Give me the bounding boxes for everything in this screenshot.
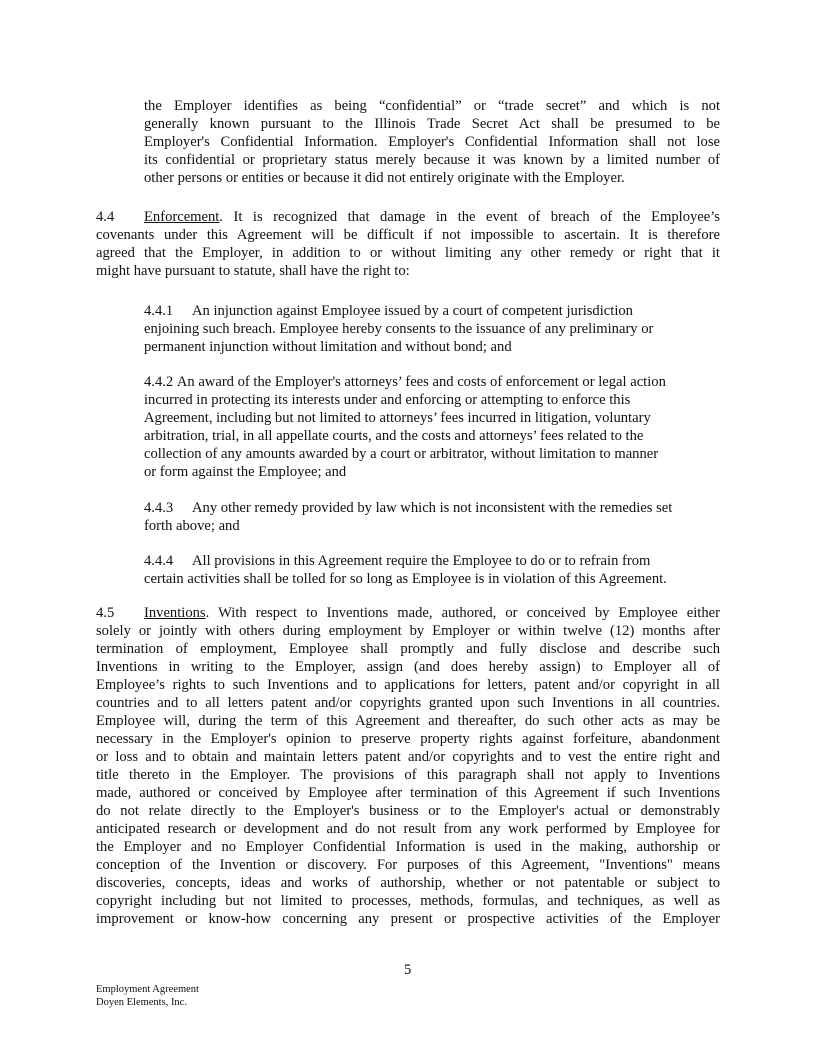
text-line: termination of employment, Employee shal…: [96, 640, 720, 658]
section-4-5-inventions: 4.5 Inventions . With respect to Inventi…: [96, 604, 720, 928]
text-line: certain activities shall be tolled for s…: [144, 570, 724, 588]
text-line: Employee’s rights to such Inventions and…: [96, 676, 720, 694]
text-line: permanent injunction without limitation …: [144, 338, 720, 356]
subsection-4-4-3: 4.4.3Any other remedy provided by law wh…: [144, 499, 720, 535]
document-page: the Employer identifies as being “confid…: [0, 0, 816, 1056]
section-heading-line: 4.5 Inventions . With respect to Inventi…: [96, 604, 720, 622]
subsection-first-line: 4.4.1An injunction against Employee issu…: [144, 302, 720, 320]
section-number: 4.5: [96, 604, 144, 622]
text-line: Employee will, during the term of this A…: [96, 712, 720, 730]
text-line: Any other remedy provided by law which i…: [192, 500, 672, 516]
text-line: the Employer identifies as being “confid…: [144, 97, 720, 115]
page-number: 5: [404, 962, 411, 979]
text-line: countries and to all letters patent and/…: [96, 694, 720, 712]
text-line: An injunction against Employee issued by…: [192, 303, 633, 319]
footer-company: Doyen Elements, Inc.: [96, 996, 187, 1009]
text-line: Agreement, including but not limited to …: [144, 409, 724, 427]
section-number: 4.4: [96, 208, 144, 226]
text-line: anticipated research or development and …: [96, 820, 720, 838]
section-heading-line: 4.4 Enforcement . It is recognized that …: [96, 208, 720, 226]
subsection-first-line: 4.4.4All provisions in this Agreement re…: [144, 552, 724, 570]
confidential-info-continuation: the Employer identifies as being “confid…: [144, 97, 720, 187]
text-line: its confidential or proprietary status m…: [144, 151, 720, 169]
text-line: Employer's Confidential Information. Emp…: [144, 133, 720, 151]
subsection-first-line: 4.4.3Any other remedy provided by law wh…: [144, 499, 720, 517]
subsection-4-4-4: 4.4.4All provisions in this Agreement re…: [144, 552, 724, 588]
text-line: title thereto in the Employer. The provi…: [96, 766, 720, 784]
subsection-number: 4.4.1: [144, 302, 192, 320]
text-line: . It is recognized that damage in the ev…: [219, 208, 720, 226]
text-line: or loss and to obtain and maintain lette…: [96, 748, 720, 766]
section-4-4-enforcement: 4.4 Enforcement . It is recognized that …: [96, 208, 720, 280]
subsection-4-4-1: 4.4.1An injunction against Employee issu…: [144, 302, 720, 356]
text-line: Inventions in writing to the Employer, a…: [96, 658, 720, 676]
text-line: generally known pursuant to the Illinois…: [144, 115, 720, 133]
text-line: covenants under this Agreement will be d…: [96, 226, 720, 244]
subsection-first-line: 4.4.2 An award of the Employer's attorne…: [144, 373, 724, 391]
text-line: arbitration, trial, in all appellate cou…: [144, 427, 724, 445]
text-line: All provisions in this Agreement require…: [192, 553, 650, 569]
subsection-4-4-2: 4.4.2 An award of the Employer's attorne…: [144, 373, 724, 481]
text-line: An award of the Employer's attorneys’ fe…: [177, 374, 666, 390]
text-line: improvement or know-how concerning any p…: [96, 910, 720, 928]
subsection-number: 4.4.4: [144, 552, 192, 570]
text-line: solely or jointly with others during emp…: [96, 622, 720, 640]
text-line: made, authored or conceived by Employee …: [96, 784, 720, 802]
text-line: incurred in protecting its interests und…: [144, 391, 724, 409]
text-line: agreed that the Employer, in addition to…: [96, 244, 720, 262]
text-line: conception of the Invention or discovery…: [96, 856, 720, 874]
text-line: or form against the Employee; and: [144, 463, 724, 481]
text-line: collection of any amounts awarded by a c…: [144, 445, 724, 463]
text-line: might have pursuant to statute, shall ha…: [96, 262, 720, 280]
subsection-number: 4.4.2: [144, 374, 173, 390]
text-line: . With respect to Inventions made, autho…: [206, 604, 720, 622]
text-line: copyright including but not limited to p…: [96, 892, 720, 910]
footer-title: Employment Agreement: [96, 983, 199, 996]
section-heading: Inventions: [144, 604, 206, 622]
text-line: other persons or entities or because it …: [144, 169, 720, 187]
text-line: forth above; and: [144, 517, 720, 535]
text-line: discoveries, concepts, ideas and works o…: [96, 874, 720, 892]
text-line: do not relate directly to the Employer's…: [96, 802, 720, 820]
subsection-number: 4.4.3: [144, 499, 192, 517]
text-line: necessary in the Employer's opinion to p…: [96, 730, 720, 748]
text-line: enjoining such breach. Employee hereby c…: [144, 320, 720, 338]
section-heading: Enforcement: [144, 208, 219, 226]
text-line: the Employer and no Employer Confidentia…: [96, 838, 720, 856]
